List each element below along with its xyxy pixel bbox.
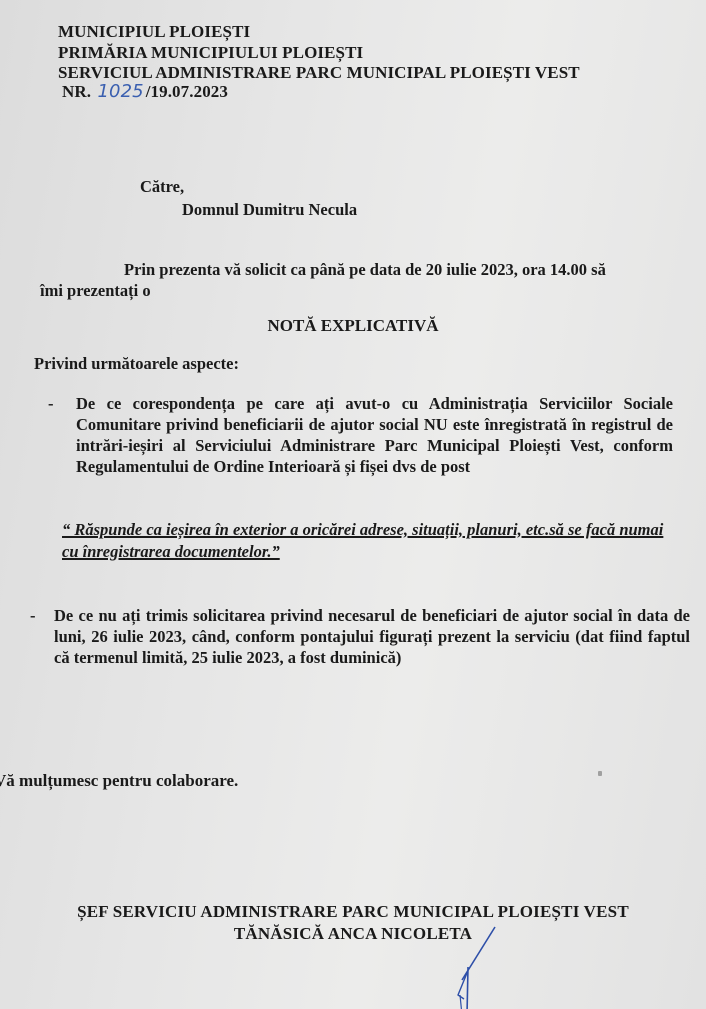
document-page: MUNICIPIUL PLOIEȘTI PRIMĂRIA MUNICIPIULU…: [0, 0, 706, 1009]
header-municipality: MUNICIPIUL PLOIEȘTI: [58, 22, 250, 42]
document-title: NOTĂ EXPLICATIVĂ: [0, 316, 706, 336]
signatory-name: TĂNĂSICĂ ANCA NICOLETA: [0, 924, 706, 944]
list-item: - De ce corespondența pe care ați avut-o…: [48, 393, 673, 477]
intro-line-2: îmi prezentați o: [40, 281, 151, 301]
bullet-marker: -: [48, 393, 54, 414]
header-service: SERVICIUL ADMINISTRARE PARC MUNICIPAL PL…: [58, 63, 580, 83]
list-item-text: De ce corespondența pe care ați avut-o c…: [76, 393, 673, 477]
signatory-role: ȘEF SERVICIU ADMINISTRARE PARC MUNICIPAL…: [0, 902, 706, 922]
handwritten-signature-icon: [440, 925, 520, 1009]
nr-date: /19.07.2023: [146, 82, 228, 101]
regulation-quote: “ Răspunde ca ieșirea în exterior a oric…: [62, 519, 670, 563]
recipient-name: Domnul Dumitru Necula: [182, 200, 357, 220]
header-city-hall: PRIMĂRIA MUNICIPIULUI PLOIEȘTI: [58, 43, 363, 63]
registration-number: NR. 1025/19.07.2023: [62, 82, 228, 102]
recipient-label: Către,: [140, 177, 184, 197]
aspects-label: Privind următoarele aspecte:: [34, 354, 239, 374]
bullet-marker: -: [30, 605, 36, 626]
intro-line-1: Prin prezenta vă solicit ca până pe data…: [124, 260, 606, 280]
closing-text: Vă mulțumesc pentru colaborare.: [0, 771, 238, 791]
handwritten-number: 1025: [97, 81, 143, 102]
list-item: - De ce nu ați trimis solicitarea privin…: [30, 605, 690, 668]
list-item-text: De ce nu ați trimis solicitarea privind …: [54, 605, 690, 668]
nr-label: NR.: [62, 82, 91, 101]
paper-speck: [598, 771, 602, 776]
